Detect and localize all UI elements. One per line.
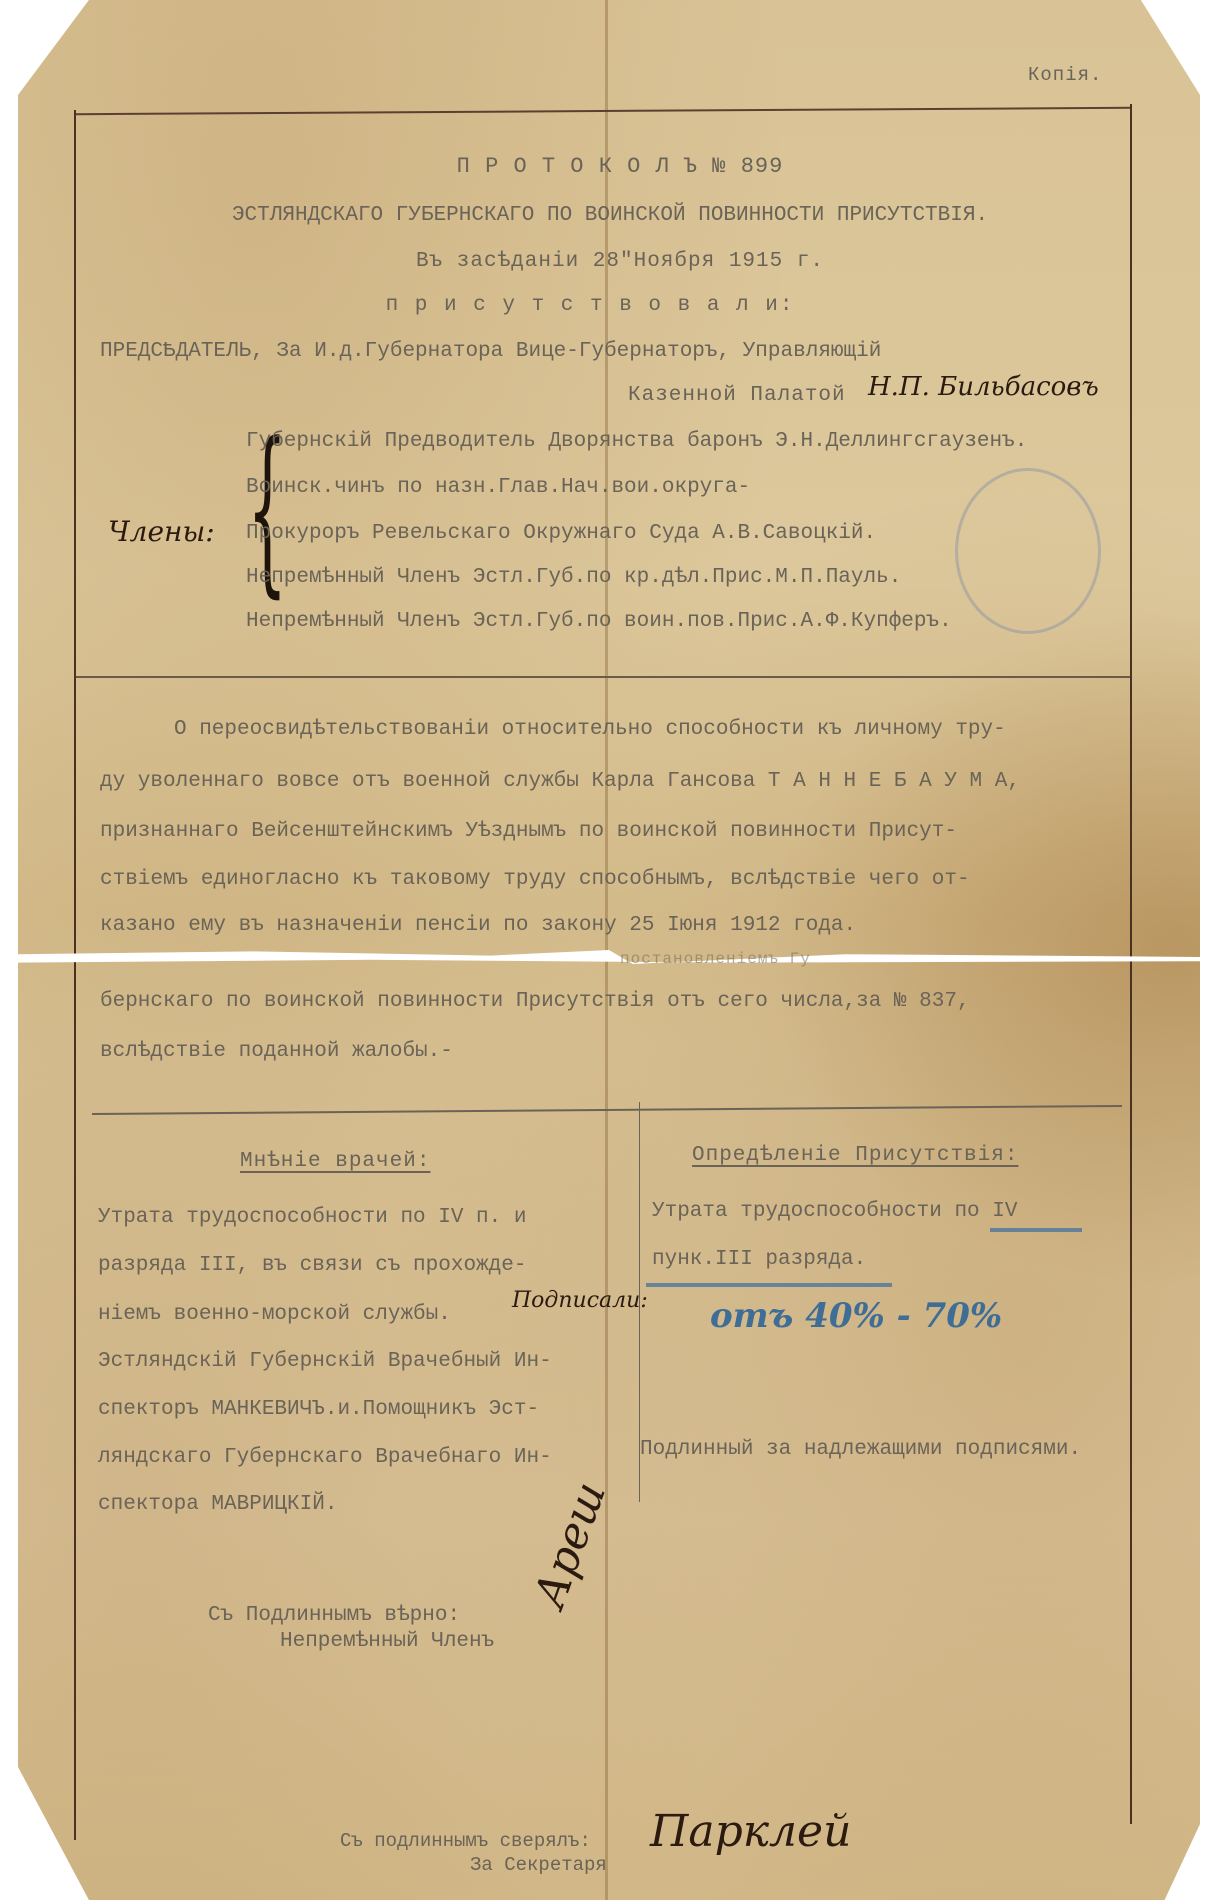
doctors-line-6: ляндскаго Губернскаго Врачебнаго Ин-: [98, 1446, 552, 1469]
faded-seal-stamp: [955, 468, 1101, 634]
protocol-title: П Р О Т О К О Л Ъ № 899: [457, 154, 784, 179]
frame-right-border: [1130, 104, 1132, 1824]
doctors-line-2: разряда III, въ связи съ прохожде-: [98, 1254, 526, 1277]
verification-line-2: За Секретаря: [470, 1854, 607, 1876]
body-line-7: вслѣдствіе поданной жалобы.-: [100, 1040, 453, 1063]
doctors-opinion-heading: Мнѣніе врачей:: [240, 1150, 430, 1173]
header-divider: [76, 676, 1130, 678]
doctors-line-1: Утрата трудоспособности по IV п. и: [98, 1206, 526, 1229]
handwritten-percentage: отъ 40% - 70%: [710, 1296, 1002, 1336]
doctors-line-4: Эстляндскій Губернскій Врачебный Ин-: [98, 1350, 552, 1373]
certification-line-1: Съ Подлиннымъ вѣрно:: [208, 1604, 460, 1627]
chairman-line-2: Казенной Палатой: [628, 384, 846, 407]
verification-line-1: Съ подлиннымъ сверялъ:: [340, 1830, 591, 1852]
vertical-fold-crease: [605, 0, 608, 1900]
torn-fragment-text: постановленіемъ Гу: [620, 950, 811, 968]
member-3: Прокуроръ Ревельскаго Окружнаго Суда А.В…: [246, 522, 876, 545]
secretary-signature: Парклей: [650, 1806, 851, 1857]
blue-pencil-underline-2: [646, 1283, 892, 1287]
member-2: Воинск.чинъ по назн.Глав.Нач.вои.округа-: [246, 476, 750, 499]
body-line-1: О переосвидѣтельствованіи относительно с…: [174, 718, 1006, 741]
certification-line-2: Непремѣнный Членъ: [280, 1630, 494, 1653]
doctors-line-3: ніемъ военно-морской службы.: [98, 1303, 451, 1326]
blue-pencil-underline-1: [990, 1228, 1082, 1232]
body-line-4: ствіемъ единогласно къ таковому труду сп…: [100, 868, 970, 891]
frame-left-border: [74, 110, 76, 1840]
member-4: Непремѣнный Членъ Эстл.Губ.по кр.дѣл.При…: [246, 566, 901, 589]
doctors-line-7: спектора МАВРИЦКІЙ.: [98, 1493, 337, 1516]
session-date: Въ засѣданіи 28"Ноября 1915 г.: [416, 250, 824, 273]
body-line-3: признаннаго Вейсенштейнскимъ Уѣзднымъ по…: [100, 820, 957, 843]
members-label: Члены:: [108, 515, 215, 548]
body-line-6: бернскаго по воинской повинности Присутс…: [100, 990, 970, 1013]
institution-name: ЭСТЛЯНДСКАГО ГУБЕРНСКАГО ПО ВОИНСКОЙ ПОВ…: [232, 204, 988, 227]
signed-handwritten-note: Подписали:: [512, 1288, 648, 1313]
member-1: Губернскій Предводитель Дворянства барон…: [246, 430, 1027, 453]
body-line-2: ду уволеннаго вовсе отъ военной службы К…: [100, 770, 1020, 793]
copy-mark: Копія.: [1028, 64, 1102, 86]
chairman-line-1: ПРЕДСѢДАТЕЛЬ, За И.д.Губернатора Вице-Гу…: [100, 340, 881, 363]
chairman-signature: Н.П. Бильбасовъ: [868, 372, 1099, 402]
member-5: Непремѣнный Членъ Эстл.Губ.по воин.пов.П…: [246, 610, 952, 633]
present-heading: п р и с у т с т в о в а л и:: [386, 294, 795, 317]
board-decision-line-1: Утрата трудоспособности по IV: [652, 1200, 1017, 1223]
board-decision-heading: Опредѣленіе Присутствія:: [692, 1144, 1018, 1167]
doctors-line-5: спекторъ МАНКЕВИЧЪ.и.Помощникъ Эст-: [98, 1398, 539, 1421]
board-decision-line-2: пунк.III разряда.: [652, 1248, 866, 1271]
authentic-signatures-note: Подлинный за надлежащими подписями.: [640, 1438, 1081, 1461]
body-line-5: казано ему въ назначеніи пенсіи по закон…: [100, 914, 856, 937]
